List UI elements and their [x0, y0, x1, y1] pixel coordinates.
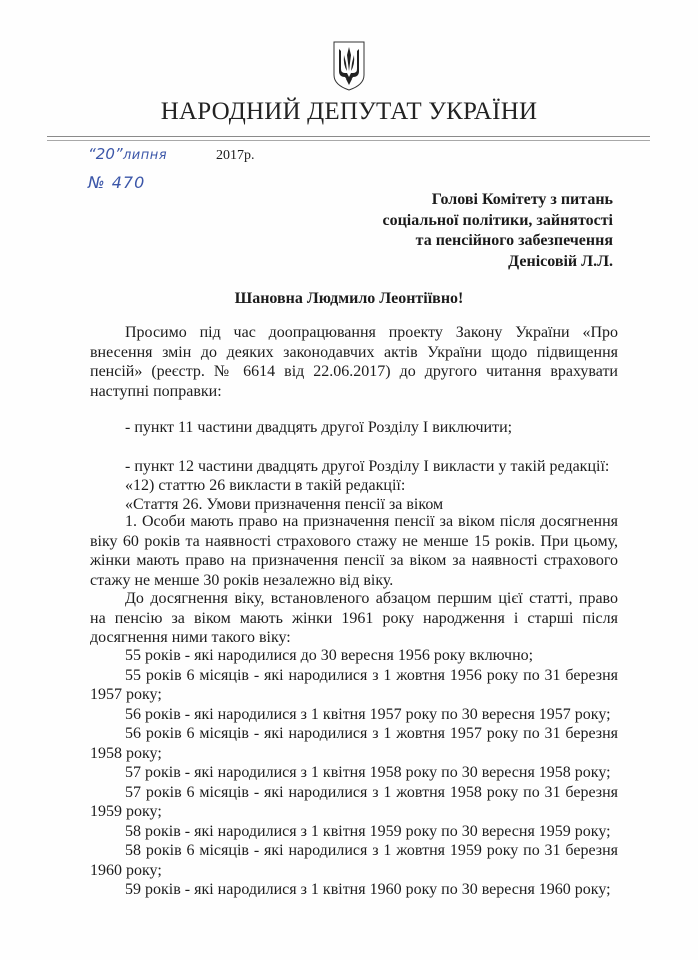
age-schedule-item: 56 років - які народилися з 1 квітня 195… — [90, 705, 618, 725]
intro-paragraph: Просимо під час доопрацювання проекту За… — [90, 323, 618, 402]
letterhead-rule — [47, 140, 650, 141]
addressee-line: Денісовій Л.Л. — [382, 252, 613, 273]
article-paragraph-2-block: До досягнення віку, встановленого абзацо… — [90, 589, 618, 648]
article-paragraph-1: 1. Особи мають право на призначення пенс… — [90, 512, 618, 590]
letterhead-rule — [47, 136, 650, 137]
addressee-line: та пенсійного забезпечення — [382, 231, 613, 252]
date-day: “20” — [88, 145, 123, 163]
amendment-item: - пункт 12 частини двадцять другої Розді… — [90, 457, 618, 476]
age-schedule-list: 55 років - які народилися до 30 вересня … — [90, 646, 618, 900]
article-paragraph-2: До досягнення віку, встановленого абзацо… — [90, 589, 618, 648]
addressee-line: Голові Комітету з питань — [382, 190, 613, 211]
letterhead-title: НАРОДНИЙ ДЕПУТАТ УКРАЇНИ — [0, 98, 698, 126]
date-month: липня — [123, 148, 167, 163]
trident-emblem-icon — [333, 41, 365, 91]
article-intro-line: «12) статтю 26 викласти в такій редакції… — [90, 476, 618, 495]
age-schedule-item: 59 років - які народилися з 1 квітня 196… — [90, 880, 618, 900]
age-schedule-item: 56 років 6 місяців - які народилися з 1 … — [90, 724, 618, 763]
age-schedule-item: 57 років 6 місяців - які народилися з 1 … — [90, 783, 618, 822]
addressee-block: Голові Комітету з питань соціальної полі… — [382, 190, 613, 272]
age-schedule-item: 57 років - які народилися з 1 квітня 195… — [90, 763, 618, 783]
date-year: 2017р. — [216, 148, 255, 164]
addressee-line: соціальної політики, зайнятості — [382, 211, 613, 232]
registration-number: № 470 — [88, 173, 145, 192]
salutation: Шановна Людмило Леонтіївно! — [0, 290, 698, 308]
age-schedule-item: 58 років 6 місяців - які народилися з 1 … — [90, 841, 618, 880]
age-schedule-item: 55 років 6 місяців - які народилися з 1 … — [90, 666, 618, 705]
intro-paragraph-block: Просимо під час доопрацювання проекту За… — [90, 323, 618, 402]
age-schedule-item: 55 років - які народилися до 30 вересня … — [90, 646, 618, 666]
amendment-item: - пункт 11 частини двадцять другої Розді… — [90, 418, 618, 438]
age-schedule-item: 58 років - які народилися з 1 квітня 195… — [90, 822, 618, 842]
letter-page: НАРОДНИЙ ДЕПУТАТ УКРАЇНИ “20” липня 2017… — [0, 0, 698, 960]
amendment-1-block: - пункт 11 частини двадцять другої Розді… — [90, 418, 618, 438]
article-paragraph-1-block: 1. Особи мають право на призначення пенс… — [90, 512, 618, 590]
amendment-2-block: - пункт 12 частини двадцять другої Розді… — [90, 457, 618, 514]
